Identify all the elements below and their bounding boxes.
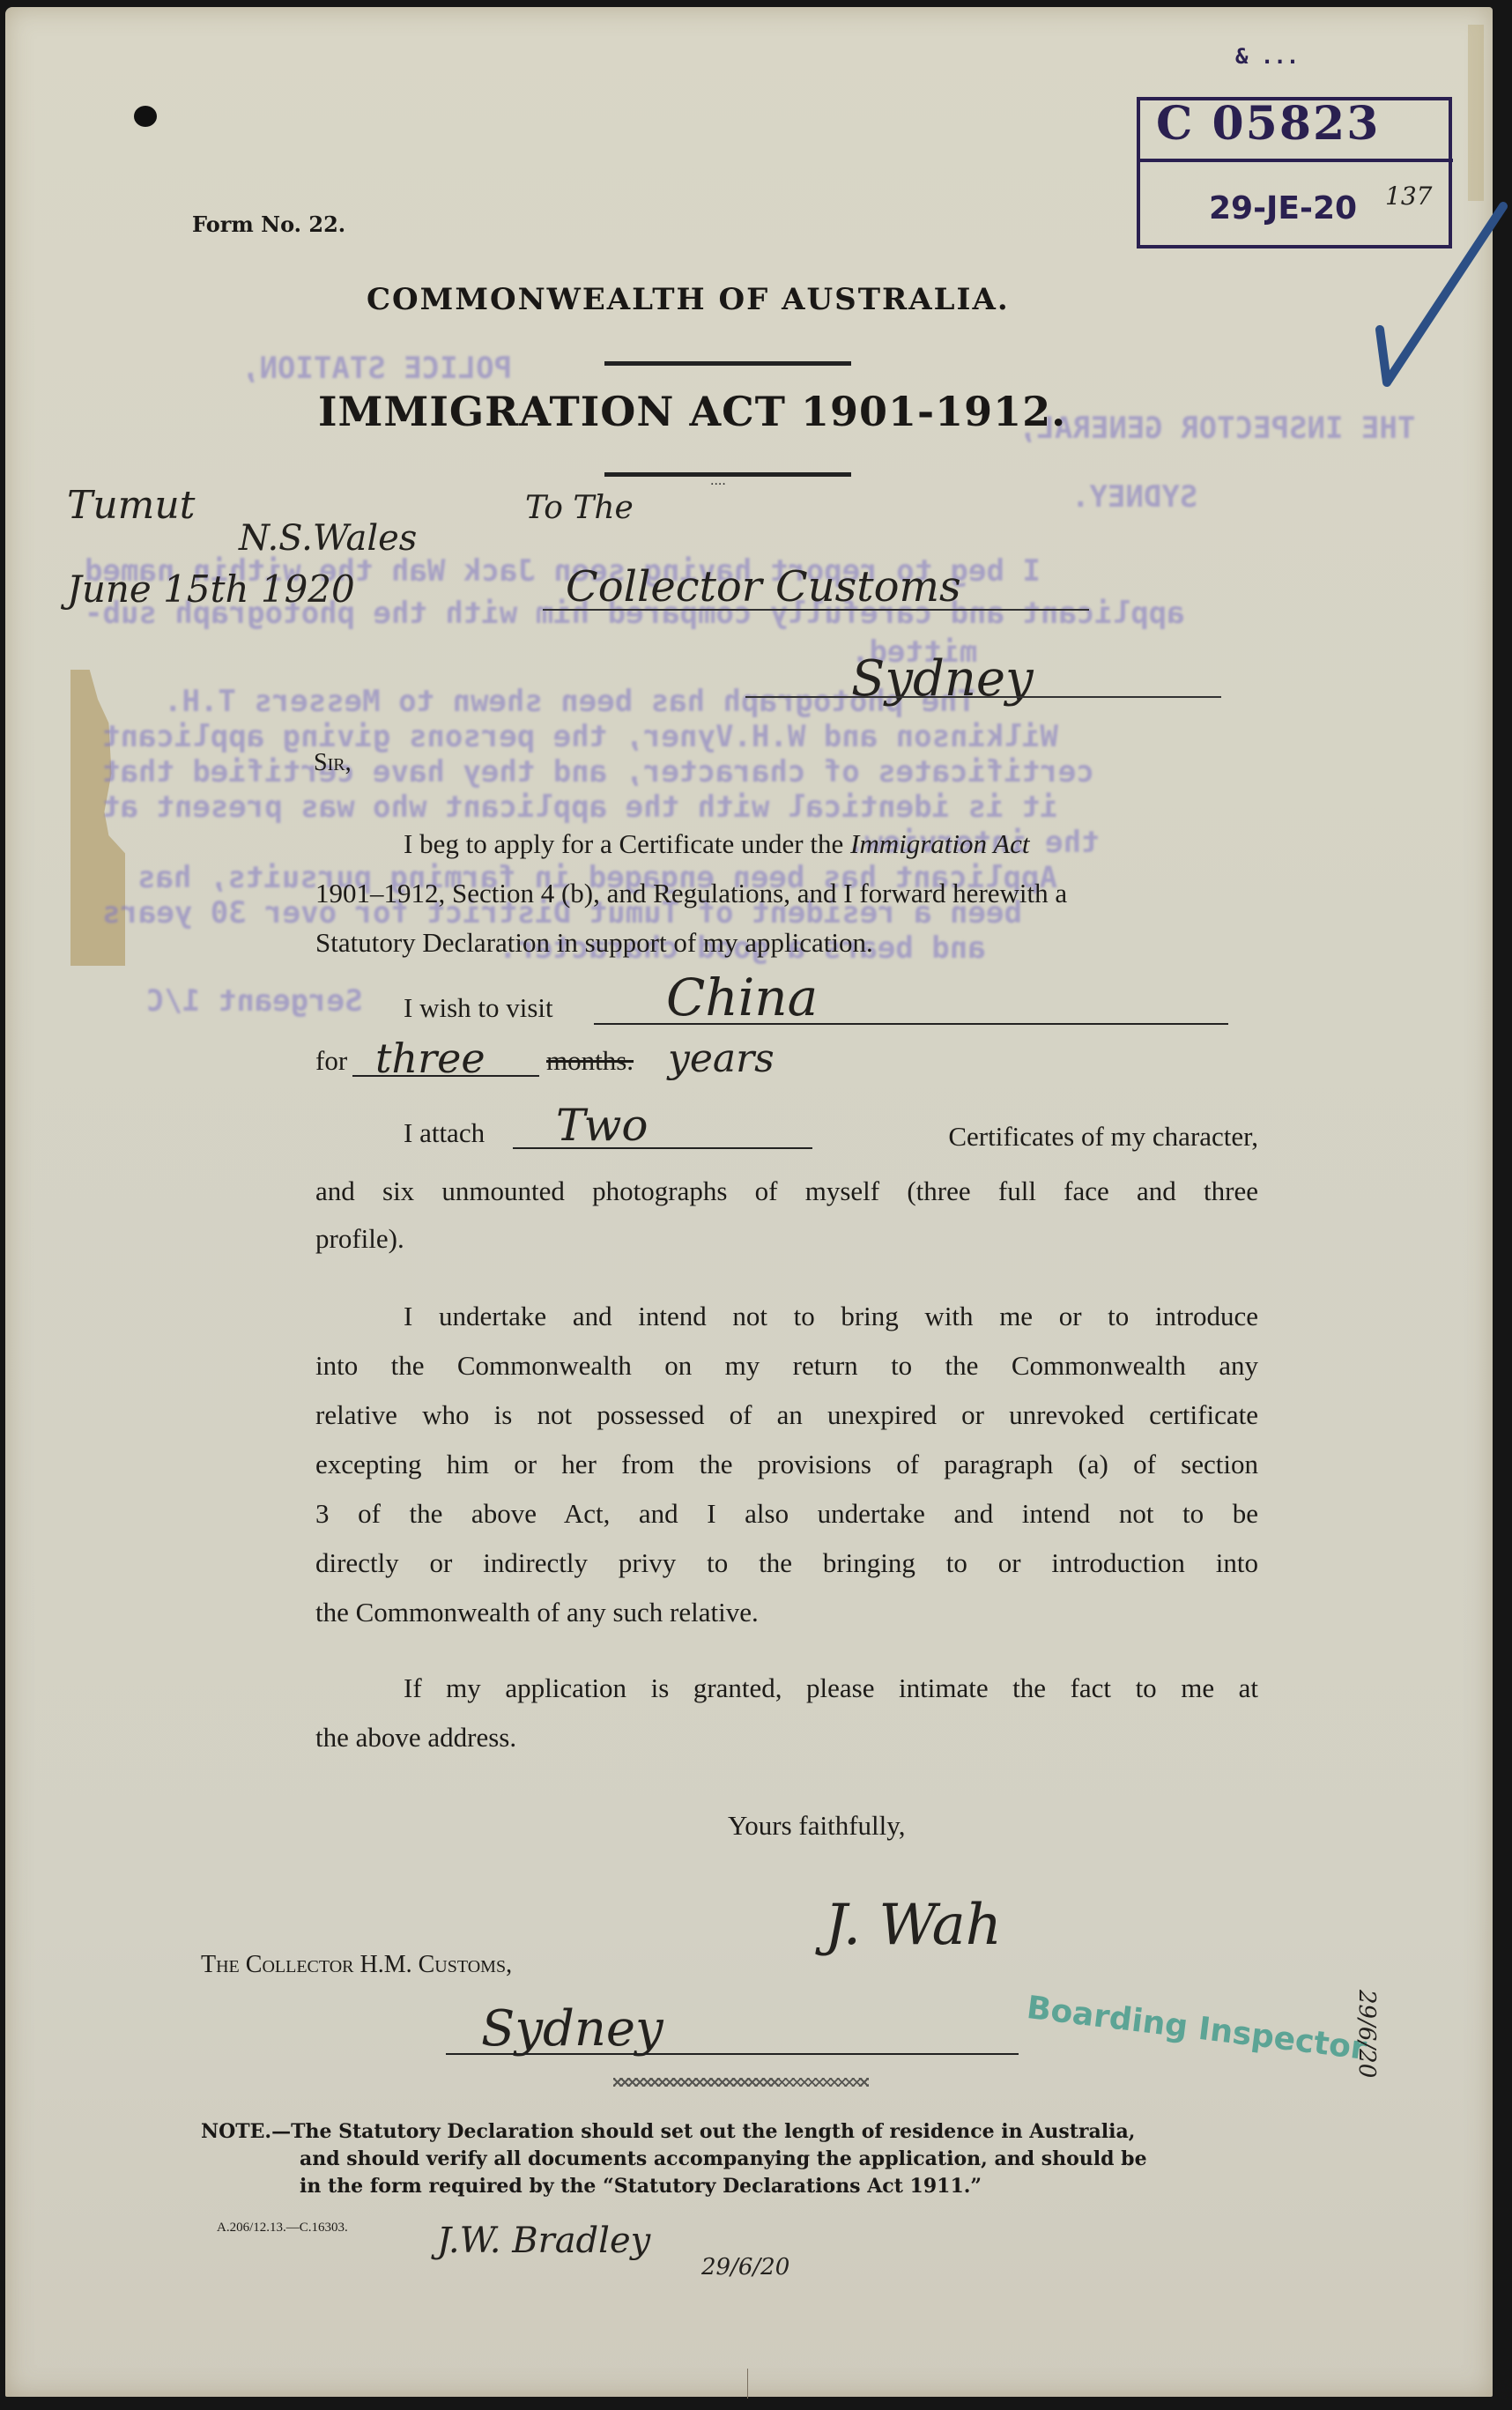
undertaking-line: I undertake and intend not to bring with… (315, 1292, 1258, 1341)
note-line: NOTE.—The Statutory Declaration should s… (201, 2118, 1147, 2146)
undertaking-line: the Commonwealth of any such relative. (315, 1588, 1258, 1637)
note-line: in the form required by the “Statutory D… (201, 2173, 1147, 2200)
paragraph-line2: 1901–1912, Section 4 (b), and Regulation… (315, 869, 1258, 918)
applicant-signature: J. Wah (825, 1893, 1002, 1958)
check-mark-icon (1371, 197, 1512, 409)
paragraph-notification: If my application is granted, please int… (315, 1664, 1258, 1762)
country-heading: COMMONWEALTH OF AUSTRALIA. (367, 282, 1010, 317)
handwritten-address-state: N.S.Wales (239, 518, 417, 559)
heading-dots: .... (710, 474, 726, 488)
fold-line (747, 2369, 748, 2399)
undertaking-line: 3 of the above Act, and I also undertake… (315, 1489, 1258, 1539)
boarding-date: 29/6/20 (1353, 1990, 1380, 2078)
heading-rule-top (604, 361, 851, 366)
city-line (745, 696, 1221, 698)
recipient-city: Sydney (851, 650, 1034, 708)
visit-destination-field[interactable]: China (666, 968, 818, 1027)
paragraph-act-name: Immigration Act (850, 828, 1030, 859)
offset-text-line: Wilkinson and W.H.Vyner, the persons giv… (102, 719, 1058, 754)
paragraph-lead: I beg to apply for a Certificate under t… (404, 828, 850, 859)
undertaking-line: into the Commonwealth on my return to th… (315, 1341, 1258, 1390)
print-code: A.206/12.13.—C.16303. (217, 2221, 348, 2236)
paragraph-undertaking: I undertake and intend not to bring with… (315, 1292, 1258, 1637)
paragraph-line3: Statutory Declaration in support of my a… (315, 918, 1258, 968)
offset-text-sydney: SYDNEY. (1071, 479, 1197, 515)
act-heading: IMMIGRATION ACT 1901-1912. (318, 388, 1066, 435)
notification-line: If my application is granted, please int… (315, 1664, 1258, 1713)
offset-text-police-station: POLICE STATION, (241, 351, 512, 386)
officer-date: 29/6/20 (701, 2254, 789, 2280)
salutation: Sir, (314, 749, 352, 777)
handwritten-date: June 15th 1920 (67, 567, 355, 611)
paragraph-application: I beg to apply for a Certificate under t… (315, 819, 1258, 968)
attach-line2: and six unmounted photographs of myself … (315, 1167, 1258, 1216)
punch-hole (134, 106, 157, 127)
form-number: Form No. 22. (192, 211, 345, 237)
duration-value-field[interactable]: three (375, 1034, 485, 1082)
offset-text-line: certificates of character, and they have… (102, 754, 1094, 790)
collector-city: Sydney (481, 2000, 663, 2058)
handwritten-address-town: Tumut (67, 483, 195, 528)
recipient-line (543, 609, 1089, 611)
note-block: NOTE.—The Statutory Declaration should s… (201, 2118, 1147, 2200)
heading-rule-bottom (604, 472, 851, 477)
edge-stain (1468, 25, 1484, 201)
attach-label: I attach (404, 1117, 485, 1149)
boarding-inspector-stamp: Boarding Inspector (1025, 1990, 1368, 2067)
wavy-rule (613, 2078, 869, 2087)
attach-line3: profile). (315, 1214, 404, 1264)
notification-line: the above address. (315, 1713, 1258, 1762)
duration-struck-unit: months. (546, 1045, 634, 1077)
offset-text-inspector-general: THE INSPECTOR GENERAL, (1019, 411, 1415, 446)
duration-label: for (315, 1045, 347, 1077)
closing: Yours faithfully, (728, 1810, 906, 1842)
visit-label: I wish to visit (404, 992, 553, 1024)
undertaking-line: excepting him or her from the provisions… (315, 1440, 1258, 1489)
recipient-title: Collector Customs (566, 562, 961, 612)
duration-unit-handwritten[interactable]: years (668, 1036, 775, 1081)
attach-suffix: Certificates of my character, (835, 1121, 1258, 1153)
handwritten-to-the: To The (525, 490, 634, 526)
collector-label: The Collector H.M. Customs, (201, 1951, 512, 1979)
undertaking-line: relative who is not possessed of an unex… (315, 1390, 1258, 1440)
officer-signature: J.W. Bradley (437, 2221, 650, 2261)
certificate-number: C 05823 (1156, 97, 1380, 151)
stamp-date: 29-JE-20 (1209, 190, 1357, 226)
collector-city-line (446, 2053, 1019, 2055)
note-line: and should verify all documents accompan… (201, 2146, 1147, 2173)
attach-count-field[interactable]: Two (556, 1100, 648, 1151)
stamp-top-text: & ... (1235, 44, 1299, 69)
offset-text-line: Sergeant 1/C (146, 983, 363, 1019)
undertaking-line: directly or indirectly privy to the brin… (315, 1539, 1258, 1588)
document-page: POLICE STATION, THE INSPECTOR GENERAL, S… (5, 7, 1493, 2397)
stamp-divider (1140, 159, 1453, 162)
